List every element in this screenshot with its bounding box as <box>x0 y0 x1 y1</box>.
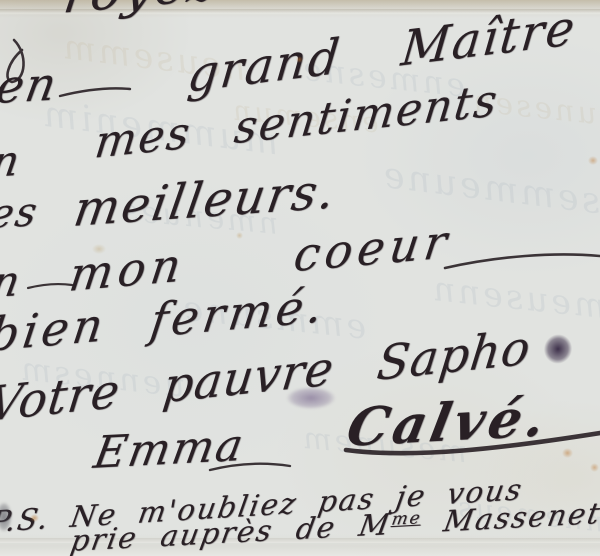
showthrough-stroke: meusenn <box>428 269 600 327</box>
foxing-spot <box>590 463 599 472</box>
margin-fragment: en <box>0 56 62 114</box>
postscript-superscript-me: me <box>390 507 423 529</box>
foxing-spot <box>588 156 598 165</box>
en-dash-stroke <box>60 88 130 96</box>
margin-fragment: n <box>0 135 25 187</box>
truncated-top-line: royez <box>60 0 222 26</box>
letter-page: mummenim enmesne semmeune nmenues meusen… <box>0 0 600 556</box>
coeur-tail-stroke <box>445 255 600 269</box>
showthrough-stroke: semmeune <box>378 155 600 223</box>
margin-fragment: es <box>0 189 42 238</box>
mon-dash-stroke <box>28 284 72 288</box>
signature-given-name: Emma <box>90 420 249 479</box>
margin-fragment: n <box>0 256 26 307</box>
ink-blot-over-sapho <box>535 325 581 372</box>
signature-surname: Calvé. <box>342 387 554 459</box>
foxing-spot <box>562 448 573 458</box>
